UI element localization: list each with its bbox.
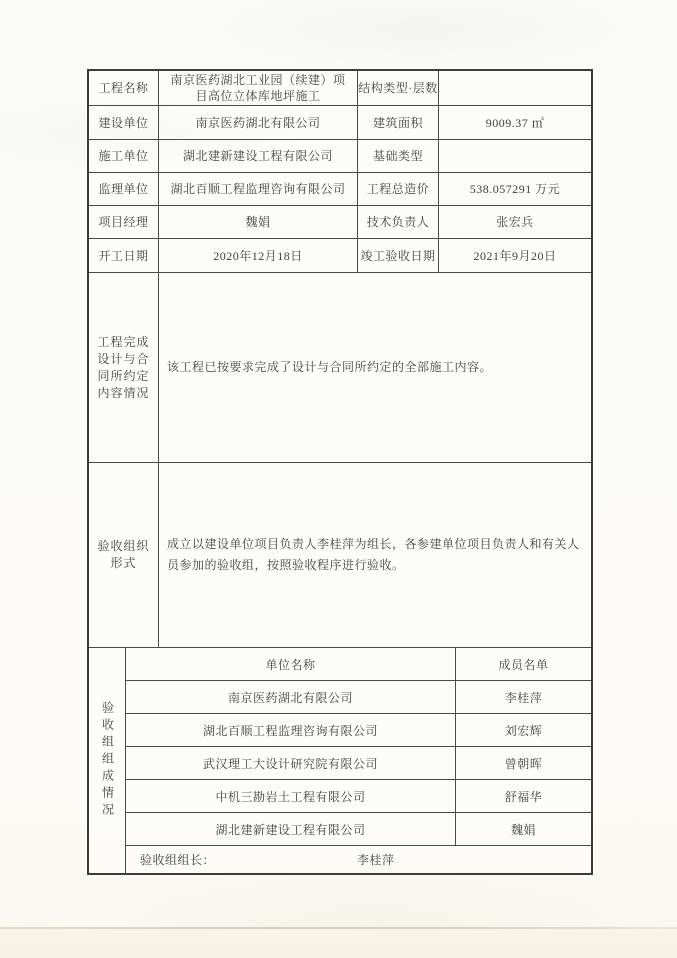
committee-row: 南京医药湖北有限公司 李桂萍 (126, 681, 591, 714)
committee-member: 舒福华 (456, 780, 591, 812)
committee-member: 李桂萍 (456, 681, 591, 713)
technical-lead-label: 技术负责人 (358, 206, 439, 239)
construction-owner-label: 建设单位 (89, 106, 159, 140)
supervisor-label: 监理单位 (89, 173, 159, 206)
scan-edge-band (0, 929, 677, 958)
committee-row: 武汉理工大设计研究院有限公司 曾朝晖 (126, 747, 591, 780)
total-cost-label: 工程总造价 (358, 173, 439, 206)
total-cost-value: 538.057291 万元 (439, 173, 591, 206)
member-column-header: 成员名单 (456, 648, 591, 680)
committee-member: 魏娟 (456, 813, 591, 845)
building-area-value: 9009.37 ㎡ (439, 106, 591, 140)
completion-section: 工程完成设计与合同所约定内容情况 该工程已按要求完成了设计与合同所约定的全部施工… (89, 273, 591, 463)
start-date-label: 开工日期 (89, 239, 159, 273)
committee-row: 湖北建新建设工程有限公司 魏娟 (126, 813, 591, 846)
committee-company: 武汉理工大设计研究院有限公司 (126, 747, 456, 779)
committee-header-row: 单位名称 成员名单 (126, 648, 591, 681)
project-manager-value: 魏娟 (159, 206, 358, 239)
project-info-grid: 工程名称 南京医药湖北工业园（续建）项目高位立体库地坪施工 结构类型·层数 建设… (89, 71, 591, 273)
completion-content: 该工程已按要求完成了设计与合同所约定的全部施工内容。 (159, 273, 591, 463)
committee-member: 曾朝晖 (456, 747, 591, 779)
project-name-value: 南京医药湖北工业园（续建）项目高位立体库地坪施工 (159, 71, 358, 106)
acceptance-date-label: 竣工验收日期 (358, 239, 439, 273)
start-date-value: 2020年12月18日 (159, 239, 358, 273)
company-column-header: 单位名称 (126, 648, 456, 680)
leader-name: 李桂萍 (357, 851, 395, 868)
structure-type-label: 结构类型·层数 (358, 71, 439, 106)
committee-row: 中机三勘岩土工程有限公司 舒福华 (126, 780, 591, 813)
project-manager-label: 项目经理 (89, 206, 159, 239)
construction-owner-value: 南京医药湖北有限公司 (159, 106, 358, 140)
project-name-label: 工程名称 (89, 71, 159, 106)
foundation-type-label: 基础类型 (358, 140, 439, 173)
committee-company: 南京医药湖北有限公司 (126, 681, 456, 713)
technical-lead-value: 张宏兵 (439, 206, 591, 239)
acceptance-date-value: 2021年9月20日 (439, 239, 591, 273)
supervisor-value: 湖北百顺工程监理咨询有限公司 (159, 173, 358, 206)
contractor-value: 湖北建新建设工程有限公司 (159, 140, 358, 173)
foundation-type-value (439, 140, 591, 173)
organization-section: 验收组织形式 成立以建设单位项目负责人李桂萍为组长，各参建单位项目负责人和有关人… (89, 463, 591, 648)
building-area-label: 建筑面积 (358, 106, 439, 140)
committee-company: 湖北建新建设工程有限公司 (126, 813, 456, 845)
committee-company: 湖北百顺工程监理咨询有限公司 (126, 714, 456, 746)
committee-leader-row: 验收组组长： 李桂萍 (126, 846, 591, 873)
leader-label: 验收组组长： (140, 851, 215, 868)
committee-section: 验收组组成情况 单位名称 成员名单 南京医药湖北有限公司 李桂萍 湖北百顺工程监… (89, 648, 591, 873)
committee-row: 湖北百顺工程监理咨询有限公司 刘宏辉 (126, 714, 591, 747)
completion-label: 工程完成设计与合同所约定内容情况 (89, 273, 159, 463)
committee-rows: 单位名称 成员名单 南京医药湖北有限公司 李桂萍 湖北百顺工程监理咨询有限公司 … (126, 648, 591, 873)
committee-side-cell: 验收组组成情况 (89, 648, 126, 873)
structure-type-value (439, 71, 591, 106)
acceptance-form-table: 工程名称 南京医药湖北工业园（续建）项目高位立体库地坪施工 结构类型·层数 建设… (87, 69, 593, 875)
organization-label: 验收组织形式 (89, 463, 159, 648)
committee-side-label: 验收组组成情况 (89, 701, 126, 820)
contractor-label: 施工单位 (89, 140, 159, 173)
committee-company: 中机三勘岩土工程有限公司 (126, 780, 456, 812)
organization-content: 成立以建设单位项目负责人李桂萍为组长，各参建单位项目负责人和有关人员参加的验收组… (159, 463, 591, 648)
committee-member: 刘宏辉 (456, 714, 591, 746)
